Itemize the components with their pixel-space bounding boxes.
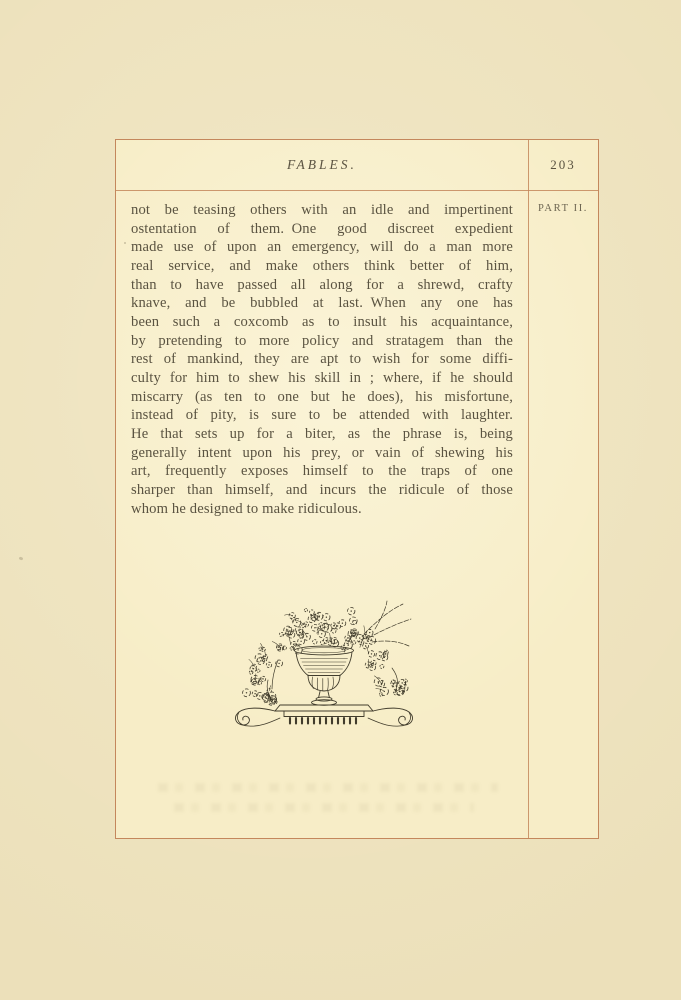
text-line: ostentation of them. One good discreet e… bbox=[131, 220, 513, 239]
margin-label-part: PART II. bbox=[528, 203, 598, 214]
running-title: FABLES. bbox=[116, 140, 528, 190]
page-number: 203 bbox=[528, 140, 598, 190]
text-line: whom he designed to make ridiculous. bbox=[131, 500, 513, 519]
text-line: instead of pity, is sure to be attended … bbox=[131, 406, 513, 425]
scan-speck bbox=[19, 556, 24, 560]
book-page-scan: FABLES. 203 PART II. not be teasing othe… bbox=[0, 0, 681, 1000]
text-line: art, frequently exposes himself to the t… bbox=[131, 462, 513, 481]
text-line: sharper than himself, and incurs the rid… bbox=[131, 481, 513, 500]
text-line: made use of upon an emergency, will do a… bbox=[131, 238, 513, 257]
column-divider bbox=[528, 140, 529, 838]
text-line: knave, and be bubbled at last. When any … bbox=[131, 294, 513, 313]
text-line: been such a coxcomb as to insult his acq… bbox=[131, 313, 513, 332]
text-line: He that sets up for a biter, as the phra… bbox=[131, 425, 513, 444]
bleedthrough-text bbox=[158, 783, 498, 792]
text-line: than to have passed all along for a shre… bbox=[131, 276, 513, 295]
urn-flowers-ornament bbox=[226, 598, 422, 734]
header-rule bbox=[116, 190, 598, 191]
bleedthrough-text bbox=[174, 803, 474, 812]
page-frame: FABLES. 203 PART II. not be teasing othe… bbox=[115, 139, 599, 839]
text-line: real service, and make others think bett… bbox=[131, 257, 513, 276]
body-paragraph: not be teasing others with an idle and i… bbox=[131, 201, 513, 518]
text-line: by pretending to more policy and stratag… bbox=[131, 332, 513, 351]
text-line: rest of mankind, they are apt to wish fo… bbox=[131, 350, 513, 369]
text-line: generally intent upon his prey, or vain … bbox=[131, 444, 513, 463]
text-line: miscarry (as ten to one but he does), hi… bbox=[131, 388, 513, 407]
scan-speck bbox=[124, 242, 126, 244]
text-line: not be teasing others with an idle and i… bbox=[131, 201, 513, 220]
text-line: culty for him to shew his skill in ; whe… bbox=[131, 369, 513, 388]
